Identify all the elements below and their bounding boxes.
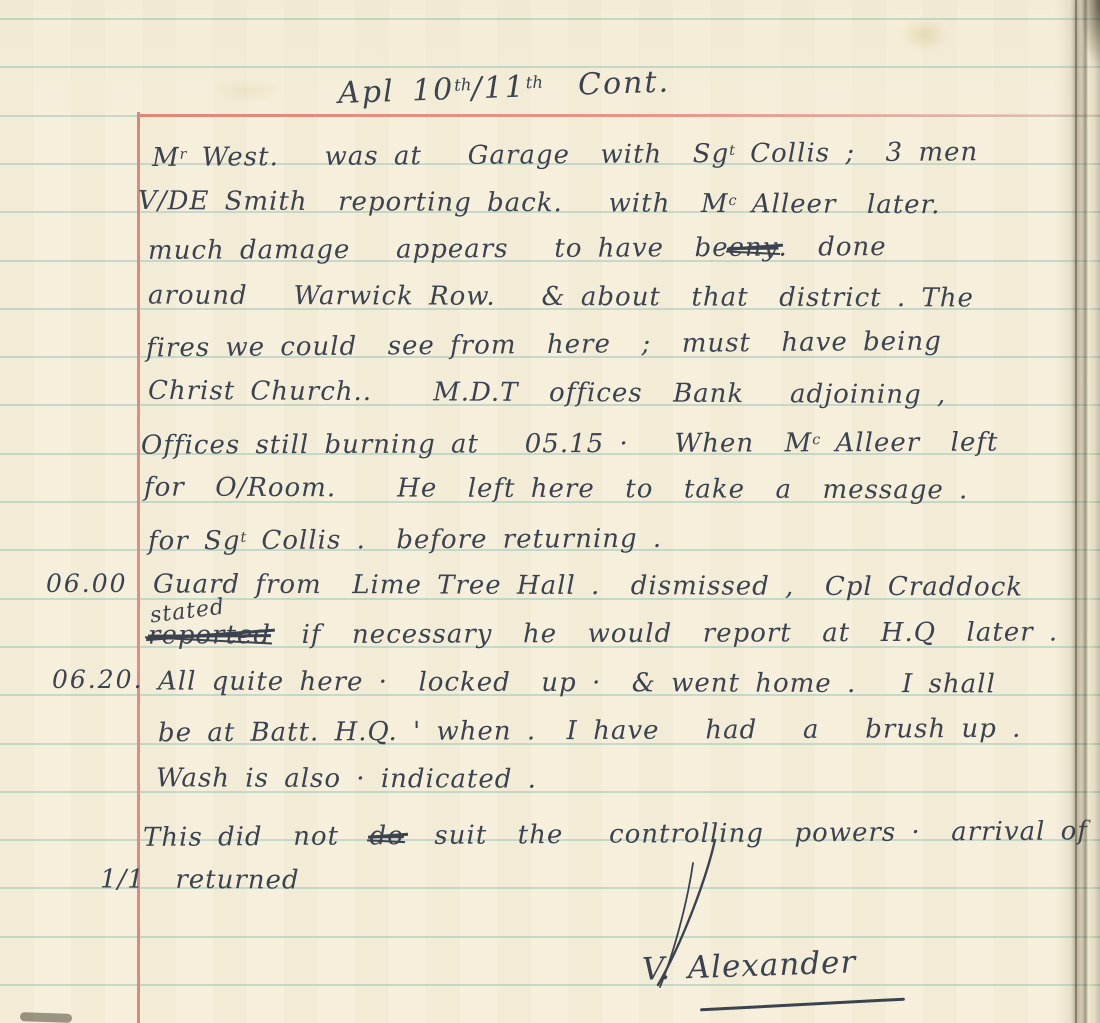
log-line: for O/Room. He left here to take a messa… (144, 470, 968, 509)
signature: V. Alexander (641, 944, 856, 987)
log-line: Guard from Lime Tree Hall . dismissed , … (153, 566, 1023, 605)
struck-word: eny (729, 233, 779, 263)
page-binding-edge (1054, 0, 1100, 1023)
struck-word: reported (148, 620, 271, 650)
log-line: Offices still burning at 05.15 · When Mc… (141, 422, 999, 464)
log-line: reported if necessary he would report at… (148, 614, 1058, 653)
paper-stain (215, 78, 285, 104)
log-line: be at Batt. H.Q. ' when . I have had a b… (158, 711, 1022, 752)
corner-smudge (1080, 0, 1100, 70)
notebook-page: Apl 10th/11th Cont. Mr West. was at Gara… (0, 0, 1100, 1023)
log-line: around Warwick Row. & about that distric… (148, 278, 974, 317)
log-line: Mr West. was at Garage with Sgt Collis ;… (152, 131, 978, 176)
ruled-line (0, 936, 1100, 938)
log-line: All quite here · locked up · & went home… (158, 664, 996, 703)
entry-time: 06.20. (52, 662, 144, 698)
ruled-line (0, 984, 1100, 986)
log-line: 1/1 returned (100, 861, 300, 898)
margin-line-horizontal (137, 114, 1100, 117)
log-line: for Sgt Collis . before returning . (148, 518, 662, 560)
log-line: fires we could see from here ; must have… (146, 324, 942, 367)
log-line: Christ Church.. M.D.T offices Bank adjoi… (148, 373, 946, 413)
paper-stain (900, 18, 948, 52)
paper-mark (20, 1012, 72, 1023)
log-line: Wash is also · indicated . (156, 760, 537, 797)
entry-time: 06.00 (46, 566, 128, 602)
log-line: much damage appears to have beeny. done (148, 229, 887, 269)
page-crease (1075, 0, 1077, 1023)
signature-flourish (620, 835, 820, 1020)
log-line: V/DE Smith reporting back. with Mc Allee… (138, 180, 941, 223)
page-heading: Apl 10th/11th Cont. (337, 60, 670, 112)
struck-word: do (369, 821, 404, 851)
